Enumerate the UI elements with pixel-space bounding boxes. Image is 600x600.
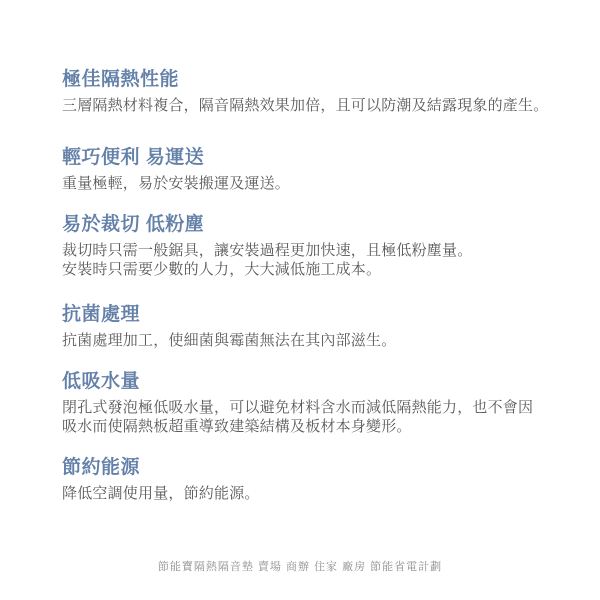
feature-section-low-absorption: 低吸水量 閉孔式發泡極低吸水量，可以避免材料含水而減低隔熱能力，也不會因 吸水而… — [62, 370, 552, 436]
product-feature-sheet: 極佳隔熱性能 三層隔熱材料複合，隔音隔熱效果加倍，且可以防潮及結露現象的產生。 … — [0, 0, 600, 600]
feature-body-line: 閉孔式發泡極低吸水量，可以避免材料含水而減低隔熱能力，也不會因 — [62, 398, 552, 417]
feature-section-antibacterial: 抗菌處理 抗菌處理加工，使細菌與霉菌無法在其內部滋生。 — [62, 303, 552, 350]
feature-body-line: 吸水而使隔熱板超重導致建築結構及板材本身變形。 — [62, 417, 552, 436]
feature-section-easy-cut: 易於裁切 低粉塵 裁切時只需一般鋸具，讓安裝過程更加快速，且極低粉塵量。 安裝時… — [62, 213, 552, 279]
feature-section-energy-saving: 節約能源 降低空調使用量，節約能源。 — [62, 456, 552, 503]
feature-body-line: 安裝時只需要少數的人力，大大減低施工成本。 — [62, 260, 552, 279]
feature-section-lightweight: 輕巧便利 易運送 重量極輕，易於安裝搬運及運送。 — [62, 146, 552, 193]
feature-heading: 抗菌處理 — [62, 303, 552, 327]
feature-body-line: 三層隔熱材料複合，隔音隔熱效果加倍，且可以防潮及結露現象的產生。 — [62, 96, 552, 115]
feature-body-line: 裁切時只需一般鋸具，讓安裝過程更加快速，且極低粉塵量。 — [62, 241, 552, 260]
feature-body-line: 降低空調使用量，節約能源。 — [62, 484, 552, 503]
feature-heading: 低吸水量 — [62, 370, 552, 394]
footer-tagline: 節能寶隔熱隔音墊 賣場 商辦 住家 廠房 節能省電計劃 — [0, 560, 600, 574]
feature-body-line: 重量極輕，易於安裝搬運及運送。 — [62, 174, 552, 193]
feature-section-insulation: 極佳隔熱性能 三層隔熱材料複合，隔音隔熱效果加倍，且可以防潮及結露現象的產生。 — [62, 68, 552, 115]
feature-heading: 節約能源 — [62, 456, 552, 480]
feature-heading: 極佳隔熱性能 — [62, 68, 552, 92]
feature-body-line: 抗菌處理加工，使細菌與霉菌無法在其內部滋生。 — [62, 331, 552, 350]
feature-list: 極佳隔熱性能 三層隔熱材料複合，隔音隔熱效果加倍，且可以防潮及結露現象的產生。 … — [62, 68, 552, 523]
feature-heading: 輕巧便利 易運送 — [62, 146, 552, 170]
feature-heading: 易於裁切 低粉塵 — [62, 213, 552, 237]
